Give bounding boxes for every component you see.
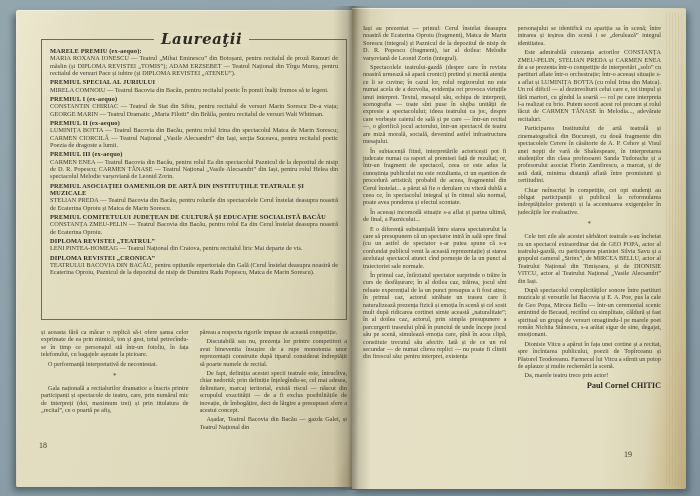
laureates-box: Laureaţii MARELE PREMIU (ex-aequo): MARI… — [41, 39, 347, 320]
paragraph: Participarea Institutului de artă teatra… — [518, 125, 662, 184]
award-item: PREMIUL COMITETULUI JUDEȚEAN DE CULTURĂ … — [50, 214, 338, 236]
right-page: Iași au prezentat — primul: Cerul înstel… — [352, 8, 686, 489]
award-body: CARMEN ENEA — Teatrul Bacovia din Bacău,… — [50, 159, 338, 181]
paragraph: E o diferență substanțială între starea … — [363, 226, 507, 270]
award-heading: PREMIUL I (ex-aequo) — [50, 96, 338, 103]
section-separator: * — [41, 373, 189, 380]
paragraph: Gala națională a recitalurilor dramatice… — [41, 385, 189, 415]
award-heading: PREMIUL II (ex-aequo) — [50, 120, 338, 127]
paragraph: În subiacență fiind, interpretările acto… — [363, 148, 507, 207]
paragraph: O performanță interpretativă de necontes… — [41, 361, 189, 368]
section-separator: * — [518, 221, 662, 228]
book-photo: Laureaţii MARELE PREMIU (ex-aequo): MARI… — [0, 0, 700, 496]
award-heading: PREMIUL COMITETULUI JUDEȚEAN DE CULTURĂ … — [50, 214, 338, 221]
paragraph: De fapt, definiția acestei specii teatra… — [200, 370, 348, 414]
award-item: PREMIUL I (ex-aequo) CONSTANTIN CHIRIAC … — [50, 96, 338, 118]
award-item: PREMIUL III (ex-aequo) CARMEN ENEA — Tea… — [50, 151, 338, 180]
paragraph: și aceasta fără ca măcar o replică să-i … — [41, 329, 189, 359]
award-item: PREMIUL ASOCIAȚIEI OAMENILOR DE ARTĂ DIN… — [50, 183, 338, 212]
award-item: DIPLOMA REVISTEI „CRONICA” TEATRULUI BAC… — [50, 255, 338, 277]
left-page: Laureaţii MARELE PREMIU (ex-aequo): MARI… — [16, 10, 353, 487]
award-body: TEATRULUI BACOVIA DIN BACĂU, pentru opți… — [50, 262, 338, 277]
award-heading: PREMIUL SPECIAL AL JURIULUI — [50, 79, 338, 86]
page-number: 18 — [39, 441, 47, 450]
paragraph: Discutabilă sau nu, prezența lor printre… — [200, 338, 348, 368]
paragraph: În aceeași incomodă situație s-a aflat ș… — [363, 209, 507, 224]
award-item: MARELE PREMIU (ex-aequo): MARIA ROXANA I… — [50, 48, 338, 77]
award-heading: MARELE PREMIU (ex-aequo): — [50, 48, 338, 55]
award-body: LENI PINTEA-HOMEAG — Teatrul Național di… — [50, 245, 338, 252]
paragraph: Chiar neînscriși în competiție, cei opt … — [518, 187, 662, 217]
award-heading: PREMIUL III (ex-aequo) — [50, 151, 338, 158]
text-column: personajului se identifică cu apariția s… — [518, 25, 662, 471]
text-column: și aceasta fără ca măcar o replică să-i … — [41, 329, 189, 463]
award-body: CONSTANTIN CHIRIAC — Teatrul de Stat din… — [50, 103, 338, 118]
text-column: păreau a respecta rigorile impuse de ace… — [200, 329, 348, 463]
paragraph: personajului se identifică cu apariția s… — [518, 25, 662, 47]
award-item: PREMIUL SPECIAL AL JURIULUI MIRELA COMNO… — [50, 79, 338, 94]
award-heading: PREMIUL ASOCIAȚIEI OAMENILOR DE ARTĂ DIN… — [50, 183, 338, 198]
paragraph: păreau a respecta rigorile impuse de ace… — [200, 329, 348, 336]
award-body: STELIAN PREDA — Teatrul Bacovia din Bacă… — [50, 197, 338, 212]
right-page-columns: Iași au prezentat — primul: Cerul înstel… — [363, 25, 661, 471]
award-body: CONSTANȚA ZMEU-PELIN — Teatrul Bacovia d… — [50, 221, 338, 236]
text-column: Iași au prezentat — primul: Cerul înstel… — [363, 25, 507, 471]
award-heading: DIPLOMA REVISTEI „TEATRUL” — [50, 238, 338, 245]
paragraph: Așadar, Teatrul Bacovia din Bacău — gazd… — [200, 416, 348, 431]
laureates-title: Laureaţii — [154, 30, 249, 48]
paragraph: Dionisie Vitcu a apărut în fața unei cor… — [518, 341, 662, 371]
paragraph: După spectacolul complicităților sonore … — [518, 287, 662, 339]
award-body: MIRELA COMNOIU — Teatrul Bacovia din Bac… — [50, 87, 338, 94]
paragraph: Iași au prezentat — primul: Cerul înstel… — [363, 25, 507, 62]
paragraph: Da, marele teatru trece prin actor! — [518, 372, 662, 379]
paragraph: În primul caz, întîrziatul spectator sur… — [363, 272, 507, 361]
award-item: PREMIUL II (ex-aequo) LUMINIȚA BOTTA — T… — [50, 120, 338, 149]
award-body: LUMINIȚA BOTTA — Teatrul Bacovia din Bac… — [50, 127, 338, 149]
page-number: 19 — [624, 450, 632, 459]
paragraph: Spectacolele teatrului-gazdă (despre car… — [363, 64, 507, 145]
author-signature: Paul Cornel CHITIC — [518, 382, 662, 389]
award-body: MARIA ROXANA IONESCU — Teatrul „Mihai Em… — [50, 55, 338, 77]
left-page-columns: și aceasta fără ca măcar o replică să-i … — [41, 329, 347, 463]
award-heading: DIPLOMA REVISTEI „CRONICA” — [50, 255, 338, 262]
award-item: DIPLOMA REVISTEI „TEATRUL” LENI PINTEA-H… — [50, 238, 338, 253]
paragraph: Cele trei zile ale acestei sărbători tea… — [518, 233, 662, 285]
paragraph: Este admirabilă cutezanța actorilor CONS… — [518, 49, 662, 123]
